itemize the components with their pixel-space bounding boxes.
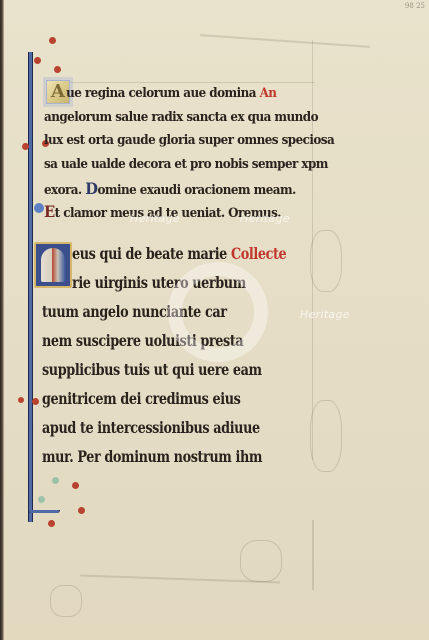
ivy-leaf-icon [32, 398, 39, 405]
ivy-leaf-icon [18, 397, 24, 403]
watermark-logo [168, 262, 268, 362]
bleed-through-ornament [310, 400, 342, 472]
bleed-through-ornament [240, 540, 282, 582]
text-line: eus qui de beate marie Collecte [72, 239, 272, 268]
rubric: An [260, 86, 277, 101]
blue-flower-icon [34, 203, 44, 213]
manuscript-page: 98 25 A ue regina celorum aue domina An … [0, 0, 429, 640]
text-line: exora. Domine exaudi oracionem meam. [44, 177, 292, 201]
historiated-initial-d [34, 242, 72, 288]
bleed-through-stem [312, 520, 314, 590]
text-line: mur. Per dominum nostrum ihm [42, 442, 258, 471]
folio-number: 98 25 [405, 2, 425, 10]
versicle-initial: D [85, 177, 97, 201]
text-line: sa uale ualde decora et pro nobis semper… [44, 153, 292, 177]
watermark-text: Heritage [240, 212, 290, 225]
ivy-leaf-icon [78, 507, 85, 514]
shelf-mark: 98 [405, 2, 414, 10]
ivy-leaf-green-icon [52, 477, 59, 484]
text-block: ue regina celorum aue domina An angeloru… [44, 82, 314, 224]
ivy-leaf-green-icon [38, 496, 45, 503]
text-line: genitricem dei credimus eius [42, 384, 258, 413]
rubric-collecte: Collecte [231, 244, 286, 263]
annunciation-scene [41, 248, 65, 282]
watermark-text: Heritage [130, 212, 180, 225]
text-line: angelorum salue radix sancta ex qua mund… [44, 106, 292, 130]
folio-label: 25 [416, 2, 425, 10]
ivy-leaf-icon [72, 482, 79, 489]
ivy-leaf-icon [34, 57, 41, 64]
bleed-through-ornament [50, 585, 82, 617]
text-line: lux est orta gaude gloria super omnes sp… [44, 129, 292, 153]
ivy-leaf-icon [49, 37, 56, 44]
ivy-leaf-icon [54, 66, 61, 73]
bleed-through-line [200, 34, 370, 48]
border-stem [28, 52, 33, 522]
ivy-leaf-icon [48, 520, 55, 527]
watermark-text: Heritage [300, 308, 350, 321]
response-initial: E [44, 200, 55, 224]
binding-gutter [0, 0, 4, 640]
border-stem-curve [28, 510, 60, 513]
text-line: ue regina celorum aue domina An [44, 82, 292, 106]
text-line: apud te intercessionibus adiuue [42, 413, 258, 442]
ivy-leaf-icon [22, 143, 29, 150]
